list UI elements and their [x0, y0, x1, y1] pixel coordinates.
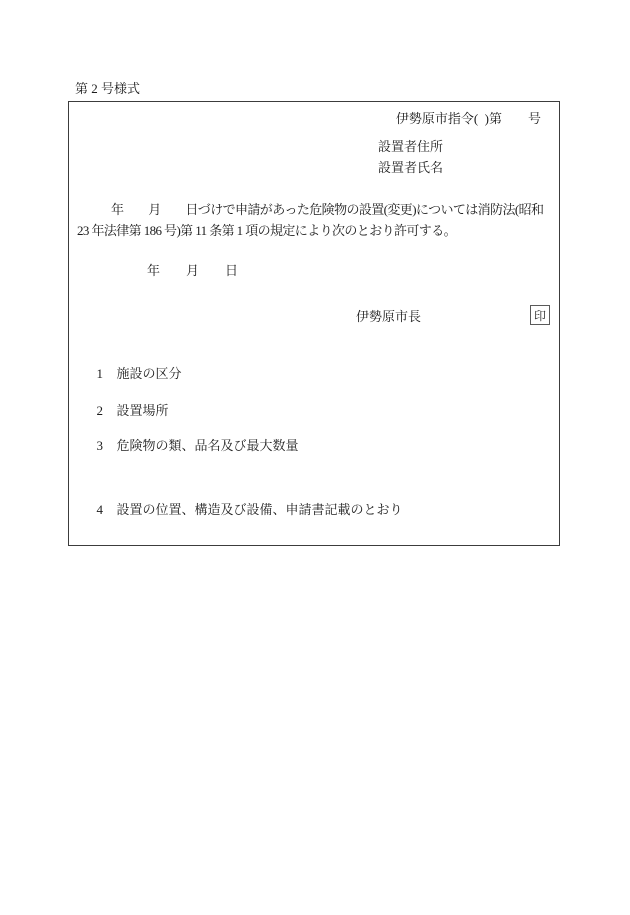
installer-address-label: 設置者住所 [378, 139, 443, 155]
item-number: 3 [97, 438, 117, 454]
document-page: 第 2 号様式 伊勢原市指令( )第 号 設置者住所 設置者氏名 年 月 日づけ… [0, 0, 630, 915]
list-item-hazmat-category-quantity: 3危険物の類、品名及び最大数量 [77, 422, 299, 471]
seal-character: 印 [534, 307, 546, 324]
item-text: 設置の位置、構造及び設備、申請書記載のとおり [117, 502, 403, 517]
mayor-signature-label: 伊勢原市長 [356, 309, 421, 325]
installer-name-label: 設置者氏名 [378, 160, 443, 176]
item-text: 施設の区分 [117, 366, 182, 381]
permit-body-line-1: 年 月 日づけで申請があった危険物の設置(変更)については消防法(昭和 [111, 202, 543, 218]
item-text: 設置場所 [117, 403, 169, 418]
list-item-position-structure-equipment: 4設置の位置、構造及び設備、申請書記載のとおり [77, 486, 403, 535]
item-number: 4 [97, 502, 117, 518]
issue-date-line: 年 月 日 [147, 263, 238, 279]
permit-body-line-2: 23 年法律第 186 号)第 11 条第 1 項の規定により次のとおり許可する… [77, 223, 456, 239]
permit-document-box: 伊勢原市指令( )第 号 設置者住所 設置者氏名 年 月 日づけで申請があった危… [68, 101, 560, 546]
form-number-label: 第 2 号様式 [75, 81, 140, 97]
seal-box: 印 [530, 305, 550, 325]
item-number: 2 [97, 403, 117, 419]
directive-number-line: 伊勢原市指令( )第 号 [396, 111, 541, 127]
item-number: 1 [97, 366, 117, 382]
item-text: 危険物の類、品名及び最大数量 [117, 438, 299, 453]
